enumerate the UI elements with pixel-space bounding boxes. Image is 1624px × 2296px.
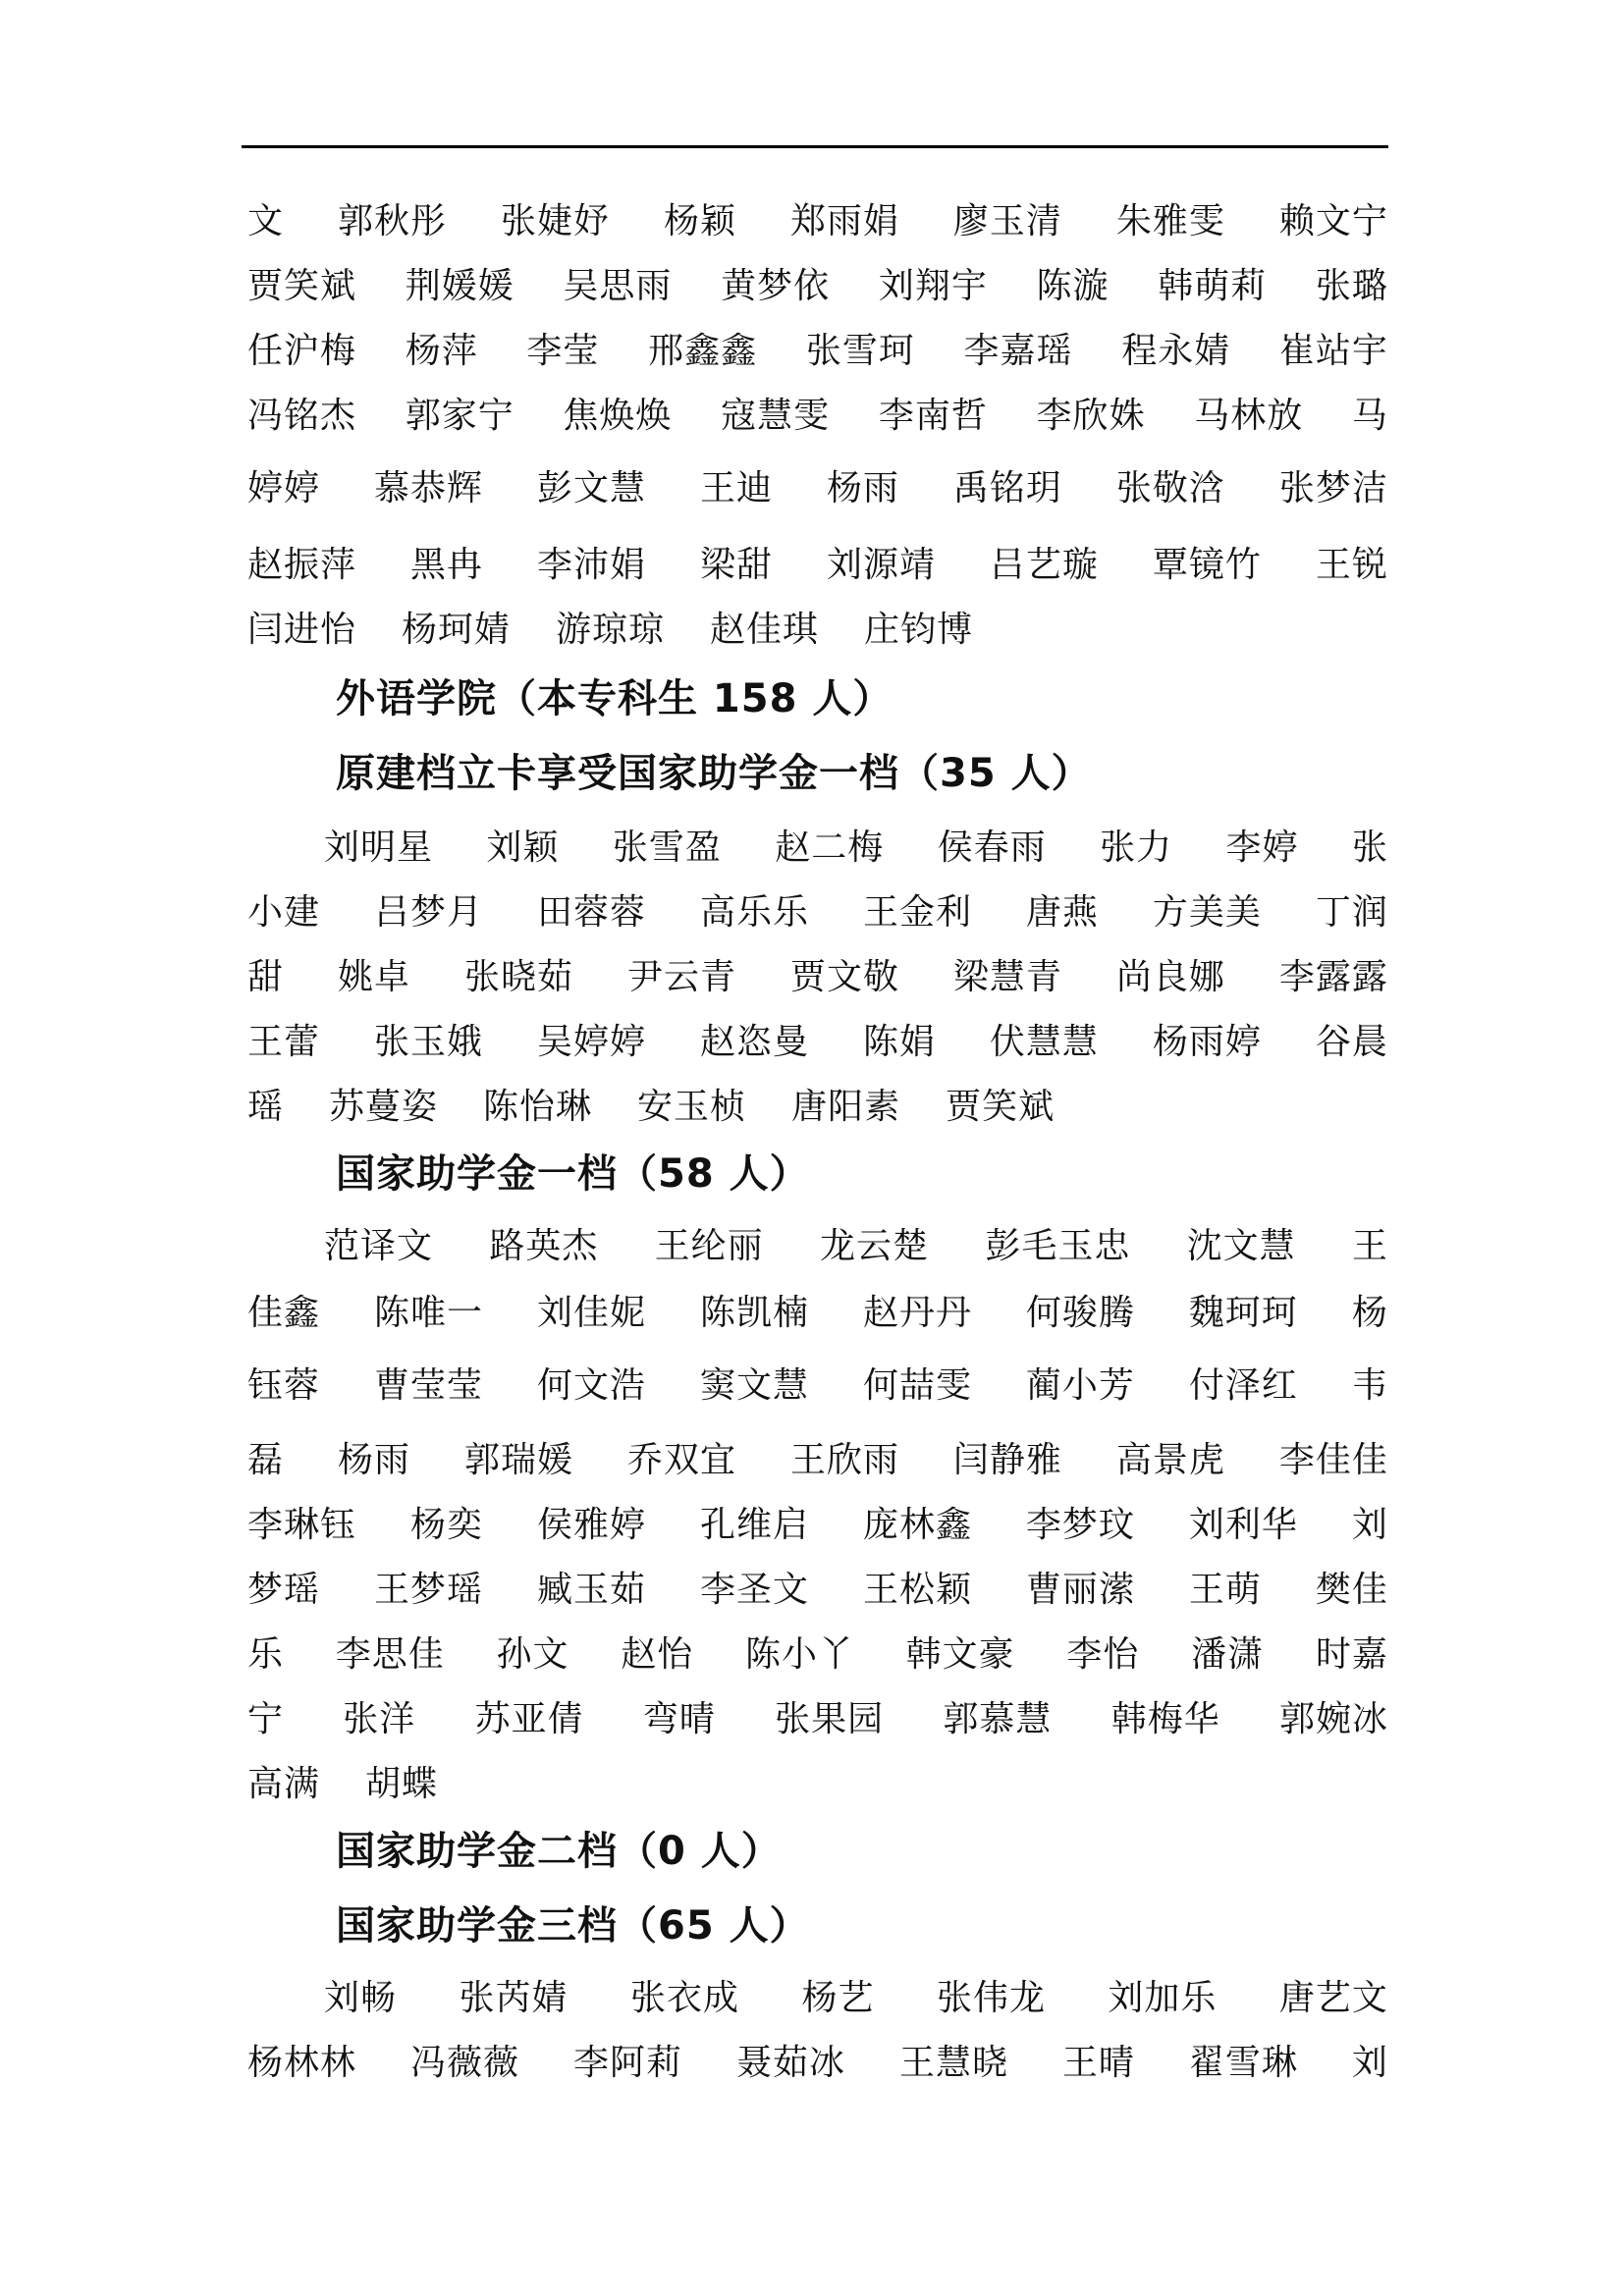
student-name: 聂茹冰 xyxy=(736,2042,845,2085)
student-name: 崔站宇 xyxy=(1279,330,1388,373)
student-name: 郭慕慧 xyxy=(943,1698,1052,1741)
student-name: 张敬浛 xyxy=(1116,467,1225,510)
student-name: 杨林林 xyxy=(247,2042,356,2085)
student-name: 沈文慧 xyxy=(1187,1225,1296,1268)
section-heading: 国家助学金三档（65 人） xyxy=(336,1902,810,1949)
student-name: 刘加乐 xyxy=(1108,1977,1217,2020)
student-name: 赵恣曼 xyxy=(700,1021,809,1064)
name-line: 刘明星 刘颖 张雪盈 赵二梅 侯春雨 张力 李婷 张 xyxy=(324,827,1388,870)
student-name: 韩文豪 xyxy=(906,1633,1015,1677)
student-name: 臧玉茹 xyxy=(537,1569,646,1612)
student-name: 陈小丫 xyxy=(745,1633,854,1677)
student-name: 李欣姝 xyxy=(1037,395,1146,438)
student-name: 马林放 xyxy=(1194,395,1303,438)
student-name: 闫进怡 xyxy=(247,609,356,652)
student-name: 杨颖 xyxy=(664,200,736,243)
student-name: 赵二梅 xyxy=(775,827,884,870)
student-name: 彭毛玉忠 xyxy=(985,1225,1130,1268)
name-line: 冯铭杰 郭家宁 焦焕焕 寇慧雯 李南哲 李欣姝 马林放 马 xyxy=(247,395,1388,438)
name-line: 佳鑫 陈唯一 刘佳妮 陈凯楠 赵丹丹 何骏腾 魏珂珂 杨 xyxy=(247,1292,1388,1335)
student-name: 李嘉瑶 xyxy=(964,330,1073,373)
student-name: 杨雨 xyxy=(827,467,899,510)
student-name: 曹丽潆 xyxy=(1026,1569,1135,1612)
student-name: 弯晴 xyxy=(643,1698,716,1741)
student-name: 程永婧 xyxy=(1121,330,1230,373)
student-name: 李琳钰 xyxy=(247,1504,356,1547)
name-line: 宁 张洋 苏亚倩 弯晴 张果园 郭慕慧 韩梅华 郭婉冰 xyxy=(247,1698,1388,1741)
student-name: 韦 xyxy=(1352,1364,1388,1408)
student-name: 梁慧青 xyxy=(953,956,1062,999)
student-name: 付泽红 xyxy=(1189,1364,1298,1408)
student-name: 赵丹丹 xyxy=(863,1292,972,1335)
student-name: 张梦洁 xyxy=(1279,467,1388,510)
student-name: 刘 xyxy=(1352,2042,1388,2085)
student-name: 李阿莉 xyxy=(573,2042,682,2085)
student-name: 王松颖 xyxy=(863,1569,972,1612)
student-name: 吴思雨 xyxy=(563,265,672,308)
student-name: 孔维启 xyxy=(700,1504,809,1547)
student-name: 高满 xyxy=(247,1763,320,1806)
student-name: 刘源靖 xyxy=(827,544,936,587)
student-name: 何文浩 xyxy=(537,1364,646,1408)
student-name: 陈凯楠 xyxy=(700,1292,809,1335)
student-name: 张雪盈 xyxy=(613,827,722,870)
student-name: 胡蝶 xyxy=(365,1763,438,1806)
student-name: 韩梅华 xyxy=(1111,1698,1220,1741)
student-name: 龙云楚 xyxy=(820,1225,929,1268)
header-rule xyxy=(242,145,1388,148)
student-name: 曹莹莹 xyxy=(374,1364,483,1408)
name-line: 杨林林 冯薇薇 李阿莉 聂茹冰 王慧晓 王晴 翟雪琳 刘 xyxy=(247,2042,1388,2085)
student-name: 王金利 xyxy=(863,891,972,934)
name-line: 王蕾 张玉娥 吴婷婷 赵恣曼 陈娟 伏慧慧 杨雨婷 谷晨 xyxy=(247,1021,1388,1064)
student-name: 贾笑斌 xyxy=(946,1086,1055,1129)
student-name: 杨奕 xyxy=(410,1504,483,1547)
student-name: 苏蔓姿 xyxy=(329,1086,438,1129)
name-line: 瑶 苏蔓姿 陈怡琳 安玉桢 唐阳素 贾笑斌 xyxy=(247,1086,1388,1129)
student-name: 范译文 xyxy=(324,1225,433,1268)
student-name: 吴婷婷 xyxy=(537,1021,646,1064)
student-name: 刘畅 xyxy=(324,1977,397,2020)
name-line: 文 郭秋彤 张婕妤 杨颖 郑雨娟 廖玉清 朱雅雯 赖文宁 xyxy=(247,200,1388,243)
student-name: 刘 xyxy=(1352,1504,1388,1547)
student-name: 郭婉冰 xyxy=(1279,1698,1388,1741)
student-name: 何骏腾 xyxy=(1026,1292,1135,1335)
student-name: 甜 xyxy=(247,956,284,999)
name-line: 乐 李思佳 孙文 赵怡 陈小丫 韩文豪 李怡 潘潇 时嘉 xyxy=(247,1633,1388,1677)
student-name: 乔双宜 xyxy=(627,1439,736,1482)
student-name: 梦瑶 xyxy=(247,1569,320,1612)
student-name: 李圣文 xyxy=(700,1569,809,1612)
student-name: 杨艺 xyxy=(801,1977,874,2020)
student-name: 寇慧雯 xyxy=(721,395,830,438)
student-name: 张果园 xyxy=(775,1698,884,1741)
student-name: 张伟龙 xyxy=(937,1977,1046,2020)
name-line: 甜 姚卓 张晓茹 尹云青 贾文敬 梁慧青 尚良娜 李露露 xyxy=(247,956,1388,999)
student-name: 文 xyxy=(247,200,284,243)
student-name: 彭文慧 xyxy=(537,467,646,510)
name-line: 范译文 路英杰 王纶丽 龙云楚 彭毛玉忠 沈文慧 王 xyxy=(324,1225,1388,1268)
student-name: 魏珂珂 xyxy=(1189,1292,1298,1335)
student-name: 韩萌莉 xyxy=(1158,265,1267,308)
name-line: 李琳钰 杨奕 侯雅婷 孔维启 庞林鑫 李梦玟 刘利华 刘 xyxy=(247,1504,1388,1547)
student-name: 王晴 xyxy=(1062,2042,1135,2085)
student-name: 荆媛媛 xyxy=(406,265,514,308)
student-name: 梁甜 xyxy=(700,544,773,587)
student-name: 焦焕焕 xyxy=(563,395,672,438)
name-line: 闫进怡 杨珂婧 游琼琼 赵佳琪 庄钧博 xyxy=(247,609,1388,652)
student-name: 邢鑫鑫 xyxy=(648,330,757,373)
student-name: 孙文 xyxy=(496,1633,568,1677)
student-name: 贾笑斌 xyxy=(247,265,356,308)
student-name: 刘利华 xyxy=(1189,1504,1298,1547)
student-name: 陈怡琳 xyxy=(483,1086,592,1129)
student-name: 伏慧慧 xyxy=(990,1021,1099,1064)
student-name: 李婷 xyxy=(1226,827,1299,870)
student-name: 唐艺文 xyxy=(1279,1977,1388,2020)
student-name: 禹铭玥 xyxy=(953,467,1062,510)
student-name: 张芮婧 xyxy=(459,1977,568,2020)
student-name: 贾文敬 xyxy=(790,956,899,999)
student-name: 任沪梅 xyxy=(247,330,356,373)
name-line: 贾笑斌 荆媛媛 吴思雨 黄梦依 刘翔宇 陈漩 韩萌莉 张璐 xyxy=(247,265,1388,308)
student-name: 王迪 xyxy=(700,467,773,510)
student-name: 李沛娟 xyxy=(537,544,646,587)
student-name: 郭瑞媛 xyxy=(464,1439,573,1482)
name-line: 婷婷 慕恭辉 彭文慧 王迪 杨雨 禹铭玥 张敬浛 张梦洁 xyxy=(247,467,1388,510)
student-name: 李怡 xyxy=(1066,1633,1139,1677)
student-name: 郭家宁 xyxy=(406,395,514,438)
name-line: 任沪梅 杨萍 李莹 邢鑫鑫 张雪珂 李嘉瑶 程永婧 崔站宇 xyxy=(247,330,1388,373)
student-name: 丁润 xyxy=(1316,891,1388,934)
student-name: 陈唯一 xyxy=(374,1292,483,1335)
student-name: 路英杰 xyxy=(489,1225,598,1268)
student-name: 王欣雨 xyxy=(790,1439,899,1482)
student-name: 王萌 xyxy=(1189,1569,1262,1612)
student-name: 刘佳妮 xyxy=(537,1292,646,1335)
student-name: 张晓茹 xyxy=(464,956,573,999)
student-name: 安玉桢 xyxy=(637,1086,746,1129)
student-name: 张洋 xyxy=(343,1698,415,1741)
student-name: 吕梦月 xyxy=(374,891,483,934)
student-name: 郭秋彤 xyxy=(338,200,447,243)
name-line: 梦瑶 王梦瑶 臧玉茹 李圣文 王松颖 曹丽潆 王萌 樊佳 xyxy=(247,1569,1388,1612)
student-name: 赖文宁 xyxy=(1279,200,1388,243)
student-name: 郑雨娟 xyxy=(790,200,899,243)
student-name: 黑冉 xyxy=(410,544,483,587)
student-name: 杨雨 xyxy=(338,1439,410,1482)
student-name: 闫静雅 xyxy=(953,1439,1062,1482)
student-name: 王锐 xyxy=(1316,544,1388,587)
student-name: 尹云青 xyxy=(627,956,736,999)
section-heading: 原建档立卡享受国家助学金一档（35 人） xyxy=(336,750,1092,797)
student-name: 刘翔宇 xyxy=(879,265,988,308)
student-name: 宁 xyxy=(247,1698,284,1741)
student-name: 赵振萍 xyxy=(247,544,356,587)
student-name: 吕艺璇 xyxy=(990,544,1099,587)
student-name: 杨雨婷 xyxy=(1153,1021,1262,1064)
name-line: 磊 杨雨 郭瑞媛 乔双宜 王欣雨 闫静雅 高景虎 李佳佳 xyxy=(247,1439,1388,1482)
student-name: 李梦玟 xyxy=(1026,1504,1135,1547)
student-name: 姚卓 xyxy=(338,956,410,999)
student-name: 李思佳 xyxy=(336,1633,445,1677)
student-name: 张 xyxy=(1352,827,1388,870)
student-name: 磊 xyxy=(247,1439,284,1482)
student-name: 苏亚倩 xyxy=(475,1698,584,1741)
student-name: 刘颖 xyxy=(486,827,559,870)
student-name: 张衣成 xyxy=(630,1977,739,2020)
student-name: 庄钧博 xyxy=(864,609,973,652)
name-line: 钰蓉 曹莹莹 何文浩 窦文慧 何喆雯 蔺小芳 付泽红 韦 xyxy=(247,1364,1388,1408)
student-name: 游琼琼 xyxy=(556,609,665,652)
student-name: 唐阳素 xyxy=(791,1086,900,1129)
student-name: 杨 xyxy=(1352,1292,1388,1335)
student-name: 马 xyxy=(1352,395,1388,438)
student-name: 冯薇薇 xyxy=(410,2042,519,2085)
student-name: 黄梦依 xyxy=(721,265,830,308)
student-name: 何喆雯 xyxy=(863,1364,972,1408)
name-line: 赵振萍 黑冉 李沛娟 梁甜 刘源靖 吕艺璇 覃镜竹 王锐 xyxy=(247,544,1388,587)
student-name: 廖玉清 xyxy=(953,200,1062,243)
student-name: 潘潇 xyxy=(1191,1633,1264,1677)
student-name: 张雪珂 xyxy=(806,330,915,373)
student-name: 李佳佳 xyxy=(1279,1439,1388,1482)
student-name: 乐 xyxy=(247,1633,284,1677)
section-heading: 国家助学金一档（58 人） xyxy=(336,1150,810,1198)
student-name: 赵怡 xyxy=(621,1633,693,1677)
student-name: 张玉娥 xyxy=(374,1021,483,1064)
student-name: 婷婷 xyxy=(247,467,320,510)
student-name: 王慧晓 xyxy=(899,2042,1008,2085)
student-name: 李露露 xyxy=(1279,956,1388,999)
student-name: 樊佳 xyxy=(1316,1569,1388,1612)
student-name: 翟雪琳 xyxy=(1189,2042,1298,2085)
student-name: 时嘉 xyxy=(1316,1633,1388,1677)
student-name: 方美美 xyxy=(1153,891,1262,934)
student-name: 高景虎 xyxy=(1116,1439,1225,1482)
student-name: 高乐乐 xyxy=(700,891,809,934)
student-name: 杨萍 xyxy=(406,330,478,373)
student-name: 瑶 xyxy=(247,1086,284,1129)
student-name: 窦文慧 xyxy=(700,1364,809,1408)
student-name: 钰蓉 xyxy=(247,1364,320,1408)
student-name: 杨珂婧 xyxy=(402,609,511,652)
college-heading: 外语学院（本专科生 158 人） xyxy=(336,675,893,722)
student-name: 王纶丽 xyxy=(655,1225,764,1268)
student-name: 王 xyxy=(1352,1225,1388,1268)
student-name: 赵佳琪 xyxy=(710,609,819,652)
student-name: 唐燕 xyxy=(1026,891,1099,934)
student-name: 冯铭杰 xyxy=(247,395,356,438)
student-name: 覃镜竹 xyxy=(1153,544,1262,587)
name-line: 刘畅 张芮婧 张衣成 杨艺 张伟龙 刘加乐 唐艺文 xyxy=(324,1977,1388,2020)
student-name: 李南哲 xyxy=(879,395,988,438)
student-name: 张婕妤 xyxy=(501,200,610,243)
student-name: 田蓉蓉 xyxy=(537,891,646,934)
student-name: 陈娟 xyxy=(863,1021,936,1064)
student-name: 慕恭辉 xyxy=(374,467,483,510)
section-heading: 国家助学金二档（0 人） xyxy=(336,1828,782,1875)
student-name: 王梦瑶 xyxy=(374,1569,483,1612)
student-name: 张璐 xyxy=(1316,265,1388,308)
student-name: 朱雅雯 xyxy=(1116,200,1225,243)
name-line: 小建 吕梦月 田蓉蓉 高乐乐 王金利 唐燕 方美美 丁润 xyxy=(247,891,1388,934)
student-name: 佳鑫 xyxy=(247,1292,320,1335)
student-name: 庞林鑫 xyxy=(863,1504,972,1547)
student-name: 谷晨 xyxy=(1316,1021,1388,1064)
student-name: 张力 xyxy=(1100,827,1172,870)
student-name: 侯春雨 xyxy=(938,827,1047,870)
student-name: 王蕾 xyxy=(247,1021,320,1064)
name-line: 高满 胡蝶 xyxy=(247,1763,1388,1806)
student-name: 侯雅婷 xyxy=(537,1504,646,1547)
student-name: 尚良娜 xyxy=(1116,956,1225,999)
student-name: 蔺小芳 xyxy=(1026,1364,1135,1408)
student-name: 刘明星 xyxy=(324,827,433,870)
student-name: 小建 xyxy=(247,891,320,934)
student-name: 李莹 xyxy=(526,330,599,373)
student-name: 陈漩 xyxy=(1037,265,1110,308)
